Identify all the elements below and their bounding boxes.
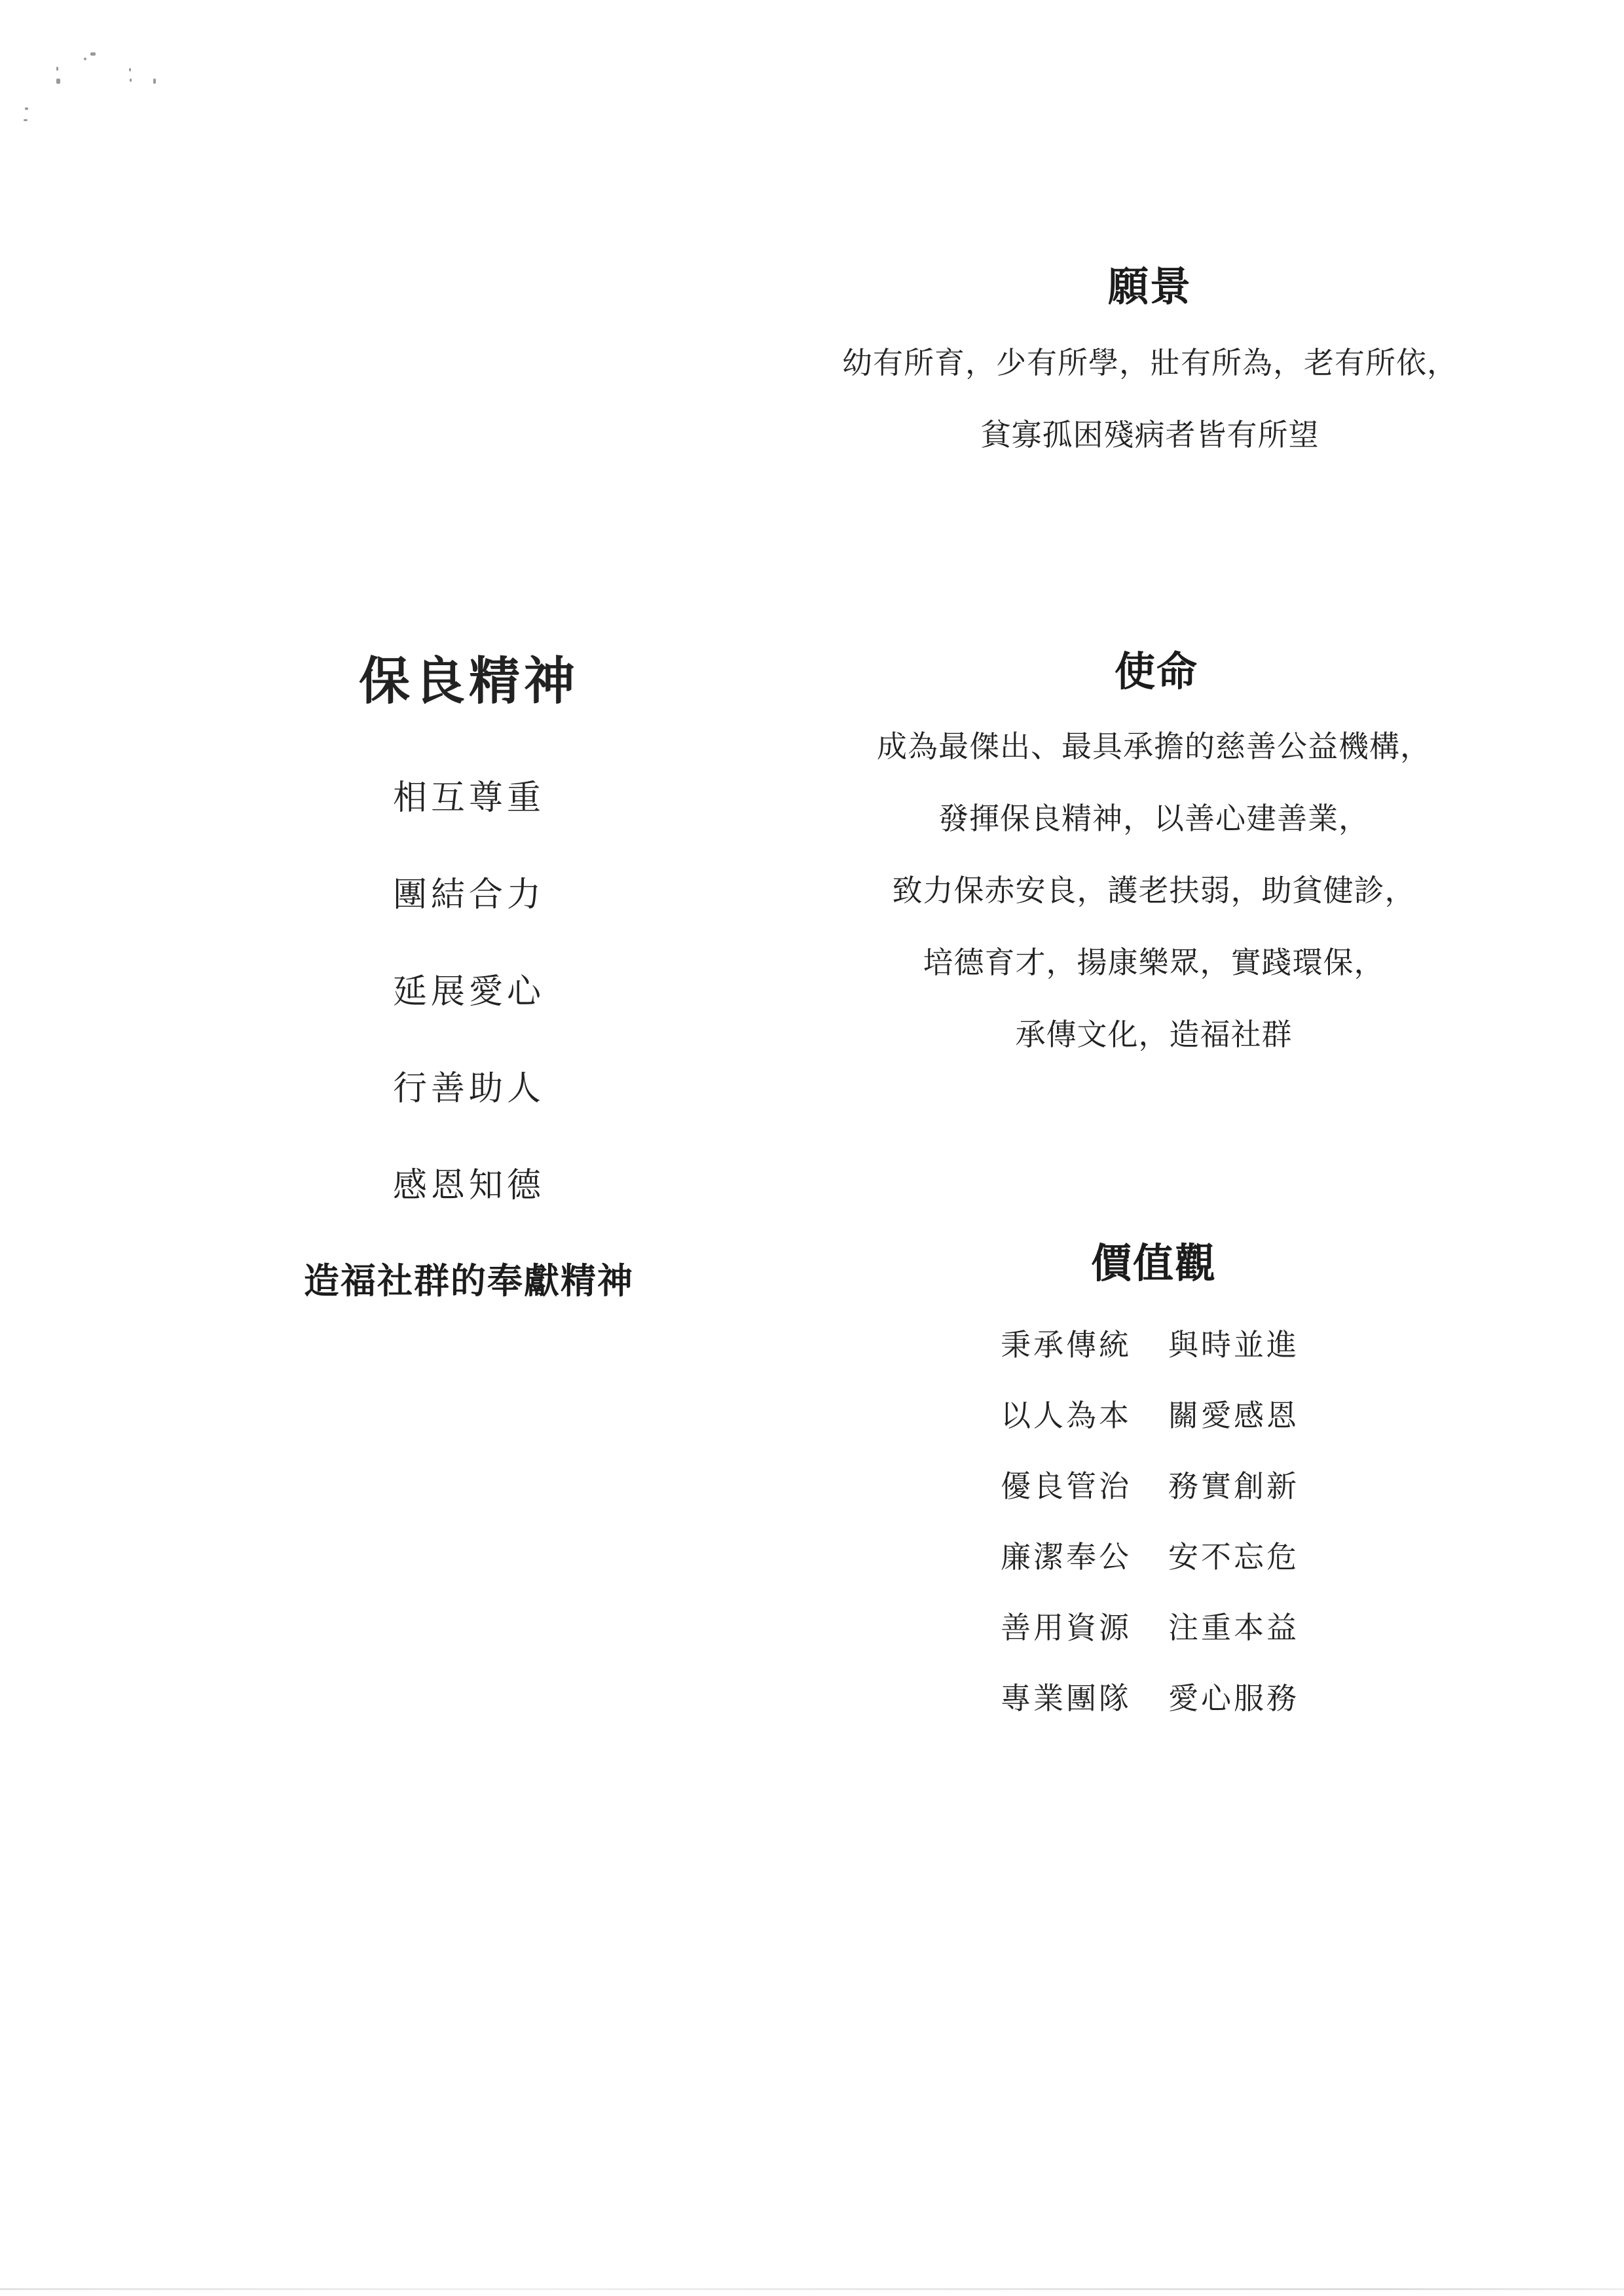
scan-speck	[56, 79, 60, 84]
spirit-item: 團結合力	[393, 867, 545, 916]
mission-line: 培德育才，揚康樂眾，實踐環保，	[923, 939, 1385, 982]
scan-speck	[130, 79, 132, 82]
value-item: 愛心服務	[1168, 1675, 1299, 1718]
value-item: 注重本益	[1168, 1604, 1299, 1647]
scan-speck	[129, 68, 131, 71]
value-item: 務實創新	[1168, 1463, 1299, 1506]
spirit-item: 相互尊重	[393, 770, 545, 819]
value-item: 安不忘危	[1168, 1533, 1299, 1576]
vision-line: 幼有所育，少有所學，壯有所為，老有所依，	[842, 339, 1458, 382]
scan-speck	[84, 58, 86, 60]
spirit-title: 保良精神	[359, 640, 579, 714]
value-item: 秉承傳統	[1001, 1321, 1132, 1364]
vision-title: 願景	[1108, 254, 1192, 312]
spirit-item: 延展愛心	[393, 964, 545, 1013]
scan-edge-line	[0, 2288, 1624, 2290]
mission-line: 承傳文化，造福社群	[1016, 1011, 1293, 1054]
values-title: 價值觀	[1091, 1231, 1217, 1289]
mission-line: 致力保赤安良，護老扶弱，助貧健診，	[893, 867, 1416, 910]
values-row: 廉潔奉公 安不忘危	[1001, 1533, 1299, 1576]
scan-speck	[25, 107, 28, 110]
values-row: 秉承傳統 與時並進	[1001, 1321, 1299, 1364]
vision-line: 貧寡孤困殘病者皆有所望	[981, 411, 1319, 454]
value-item: 善用資源	[1001, 1604, 1132, 1647]
value-item: 以人為本	[1001, 1392, 1132, 1435]
scan-speck	[90, 52, 96, 56]
scan-speck	[24, 119, 28, 121]
mission-line: 發揮保良精神，以善心建善業，	[938, 795, 1369, 838]
values-row: 優良管治 務實創新	[1001, 1463, 1299, 1506]
mission-title: 使命	[1115, 639, 1198, 697]
value-item: 優良管治	[1001, 1463, 1132, 1506]
values-row: 善用資源 注重本益	[1001, 1604, 1299, 1647]
value-item: 與時並進	[1168, 1321, 1299, 1364]
value-item: 廉潔奉公	[1001, 1533, 1132, 1576]
spirit-item: 行善助人	[393, 1061, 545, 1110]
values-row: 專業團隊 愛心服務	[1001, 1675, 1299, 1718]
mission-line: 成為最傑出、最具承擔的慈善公益機構，	[877, 723, 1431, 766]
scan-speck	[153, 79, 156, 84]
scan-speck	[56, 67, 58, 71]
values-row: 以人為本 關愛感恩	[1001, 1392, 1299, 1435]
spirit-footer: 造福社群的奉獻精神	[304, 1253, 634, 1303]
value-item: 關愛感恩	[1168, 1392, 1299, 1435]
value-item: 專業團隊	[1001, 1675, 1132, 1718]
spirit-item: 感恩知德	[393, 1157, 545, 1207]
